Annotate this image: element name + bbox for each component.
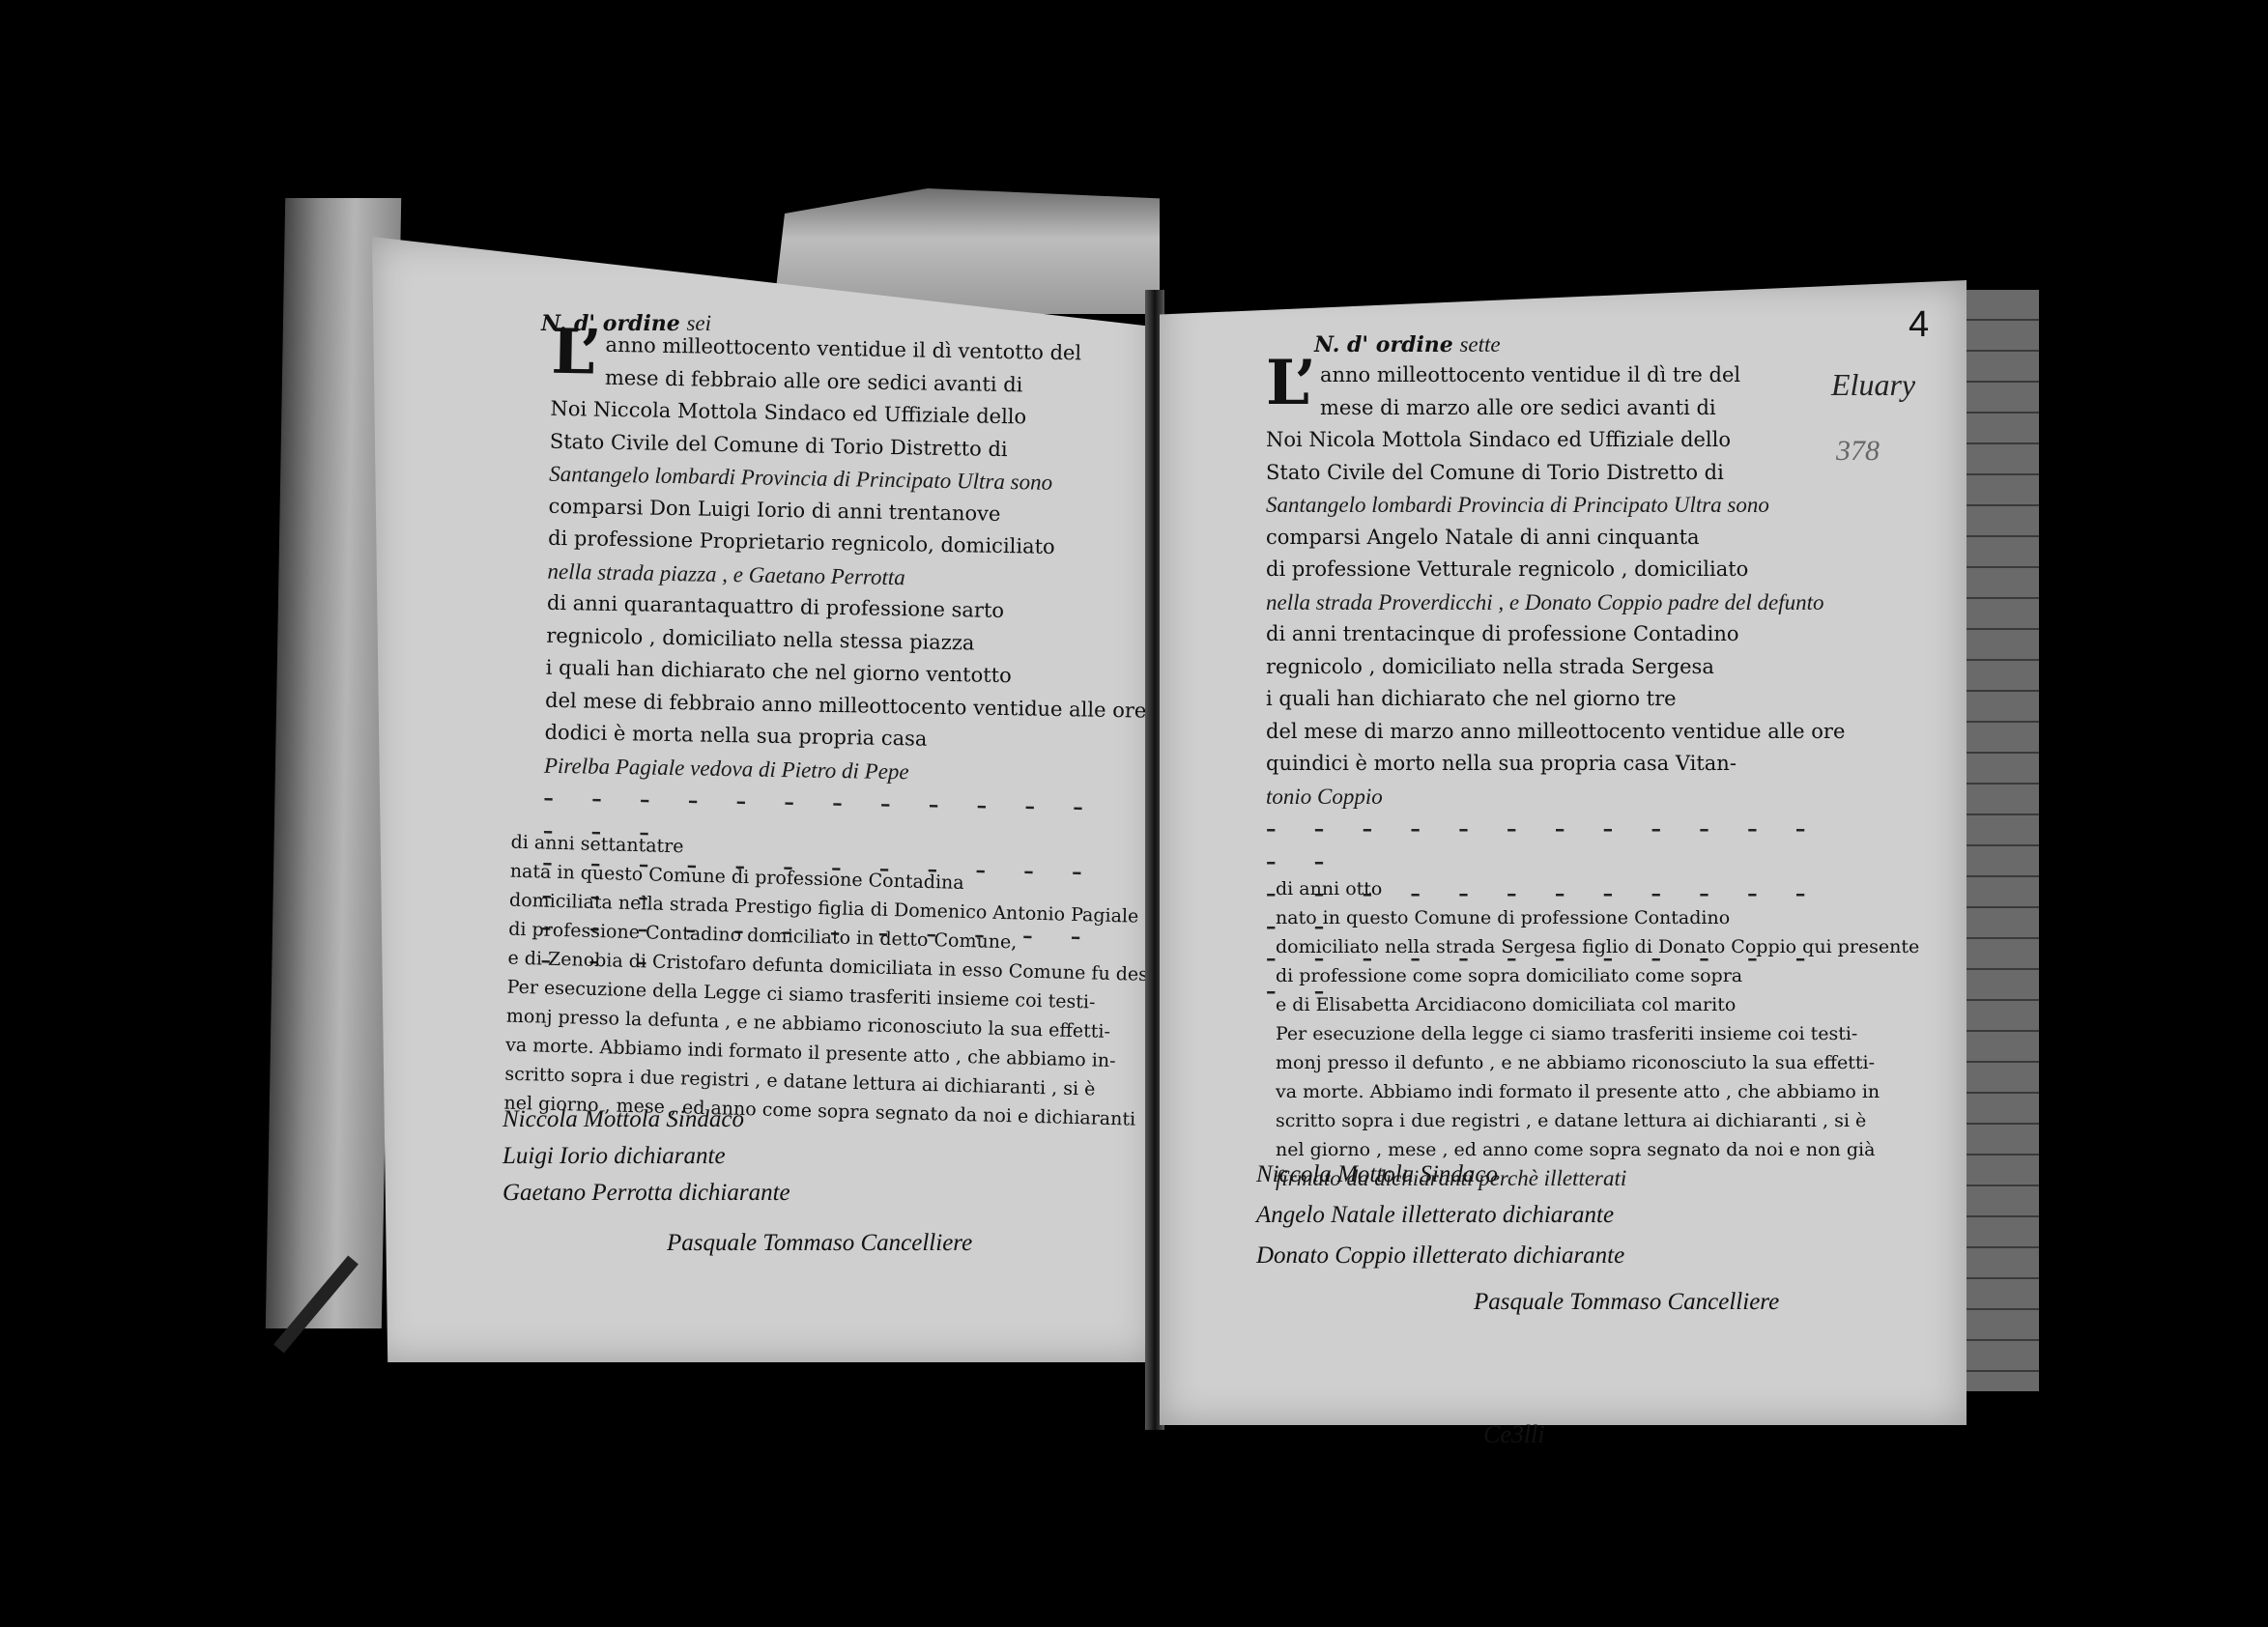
left-signatures: Niccola Mottola Sindaco Luigi Iorio dich… (502, 1101, 1121, 1262)
act-line: di anni otto (1276, 874, 1855, 903)
right-signatures: Niccola Mottola Sindaco Angelo Natale il… (1256, 1155, 1875, 1323)
signature: Donato Coppio illetterato dichiarante (1256, 1236, 1875, 1276)
act-line: e di Elisabetta Arcidiacono domiciliata … (1276, 990, 1855, 1019)
act-line: di anni trentacinque di professione Cont… (1266, 618, 1846, 651)
right-page-header: N. d' ordine sette (1314, 328, 1855, 362)
ordine-label: N. d' ordine (1314, 332, 1453, 357)
book-right-edge (1962, 290, 2039, 1391)
act-line: nato in questo Comune di professione Con… (1276, 903, 1855, 932)
act-line: monj presso il defunto , e ne abbiamo ri… (1276, 1048, 1855, 1077)
act-line: domiciliato nella strada Sergesa figlio … (1276, 932, 1855, 961)
act-line: Santangelo lombardi Provincia di Princip… (1266, 489, 1846, 522)
drop-cap: L’ (1266, 359, 1316, 408)
act-line: nella strada Proverdicchi , e Donato Cop… (1266, 586, 1846, 619)
act-line: regnicolo , domiciliato nella strada Ser… (1266, 651, 1846, 684)
fill-dashes: – – – – – – – – – – – – – – (1266, 813, 1846, 877)
act-line: i quali han dichiarato che nel giorno tr… (1266, 683, 1846, 716)
deceased-name: tonio Coppio (1266, 781, 1846, 813)
signature: Pasquale Tommaso Cancelliere (502, 1225, 1121, 1262)
act-line: quindici è morto nella sua propria casa … (1266, 748, 1846, 781)
act-line: di professione come sopra domiciliato co… (1276, 961, 1855, 990)
scanned-register-background: N. d' ordine sei L’ anno milleottocento … (0, 0, 2268, 1627)
act-line: scritto sopra i due registri , e datane … (1276, 1106, 1855, 1135)
act-line: Stato Civile del Comune di Torio Distret… (1266, 457, 1846, 490)
act-line: anno milleottocento ventidue il dì tre d… (1266, 359, 1846, 392)
act-line: di professione Vetturale regnicolo , dom… (1266, 554, 1846, 586)
right-act-lower: di anni otto nato in questo Comune di pr… (1276, 874, 1855, 1193)
signature: Niccola Mottola Sindaco (1256, 1155, 1875, 1195)
act-line: Per esecuzione della legge ci siamo tras… (1276, 1019, 1855, 1048)
bottom-edge-scribble: Ce3lli (1483, 1420, 1545, 1449)
act-line: comparsi Angelo Natale di anni cinquanta (1266, 522, 1846, 555)
act-line: mese di marzo alle ore sedici avanti di (1266, 392, 1846, 425)
signature: Pasquale Tommaso Cancelliere (1256, 1282, 1875, 1323)
signature: Luigi Iorio dichiarante (502, 1138, 1121, 1175)
act-line: Noi Nicola Mottola Sindaco ed Uffiziale … (1266, 424, 1846, 457)
drop-cap: L’ (551, 328, 602, 378)
signature: Angelo Natale illetterato dichiarante (1256, 1195, 1875, 1236)
act-line: del mese di marzo anno milleottocento ve… (1266, 716, 1846, 749)
left-act-lower: di anni settantatre nata in questo Comun… (503, 828, 1130, 1134)
act-line: va morte. Abbiamo indi formato il presen… (1276, 1077, 1855, 1106)
signature: Gaetano Perrotta dichiarante (502, 1175, 1121, 1212)
signature: Niccola Mottola Sindaco (502, 1101, 1121, 1138)
ordine-value: sette (1459, 332, 1500, 357)
page-number: 4 (1909, 304, 1929, 346)
